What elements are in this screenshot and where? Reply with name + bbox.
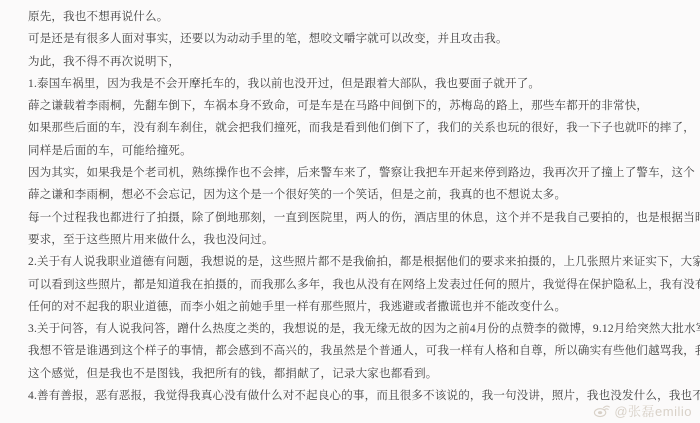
weibo-watermark: @张磊emilio <box>593 401 692 420</box>
text-line: 3.关于问答，有人说我问答，蹭什么热度之类的，我想说的是，我无缘无故的因为之前4… <box>28 318 690 340</box>
text-line: 1.泰国车祸里，因为我是不会开摩托车的，我以前也没开过，但是跟着大部队，我也要面… <box>28 73 690 95</box>
text-line: 为此，我不得不再次说明下， <box>28 51 690 73</box>
text-line: 任何的对不起我的职业道德，而李小姐之前她手里一样有那些照片，我逃避或者撒谎也并不… <box>28 296 690 318</box>
text-line: 每一个过程我也都进行了拍摄，除了倒地那刻，一直到医院里，两人的伤，酒店里的休息，… <box>28 207 690 229</box>
text-line: 薛之谦载着李雨桐，先翻车倒下，车祸本身不致命，可是车是在马路中间倒下的，苏梅岛的… <box>28 95 690 117</box>
text-line: 我想不管是谁遇到这个样子的事情，都会感到不高兴的，我虽然是个普通人，可我一样有人… <box>28 340 690 362</box>
weibo-logo-icon <box>593 403 610 418</box>
statement-screenshot: 原先，我也不想再说什么。 可是还是有很多人面对事实，还要以为动动手里的笔，想咬文… <box>0 0 700 423</box>
watermark-handle: @张磊emilio <box>614 401 692 420</box>
text-line: 2.关于有人说我职业道德有问题，我想说的是，这些照片都不是我偷拍，都是根据他们的… <box>28 251 690 273</box>
text-line: 4.善有善报，恶有恶报，我觉得我真心没有做什么对不起良心的事，而且很多不该说的，… <box>28 385 690 407</box>
statement-text: 原先，我也不想再说什么。 可是还是有很多人面对事实，还要以为动动手里的笔，想咬文… <box>28 6 690 407</box>
text-line: 如果那些后面的车，没有刹车刹住，就会把我们撞死，而我是看到他们倒下了，我们的关系… <box>28 117 690 139</box>
text-line: 原先，我也不想再说什么。 <box>28 6 690 28</box>
text-line: 要求，至于这些照片用来做什么，我也没问过。 <box>28 229 690 251</box>
text-line: 因为其实，如果我是个老司机，熟练操作也不会摔，后来警车来了，警察让我把车开起来停… <box>28 162 690 184</box>
text-line: 同样是后面的车，可能给撞死。 <box>28 140 690 162</box>
text-line: 这个感觉，但是我也不是图钱，我把所有的钱，都捐献了，记录大家也都看到。 <box>28 363 690 385</box>
text-line: 可以看到这些照片，都是知道我在拍摄的，而我那么多年，我也从没有在网络上发表过任何… <box>28 274 690 296</box>
text-line: 可是还是有很多人面对事实，还要以为动动手里的笔，想咬文嚼字就可以改变，并且攻击我… <box>28 28 690 50</box>
text-line: 薛之谦和李雨桐，想必不会忘记，因为这个是一个很好笑的一个笑话，但是之前，我真的也… <box>28 184 690 206</box>
